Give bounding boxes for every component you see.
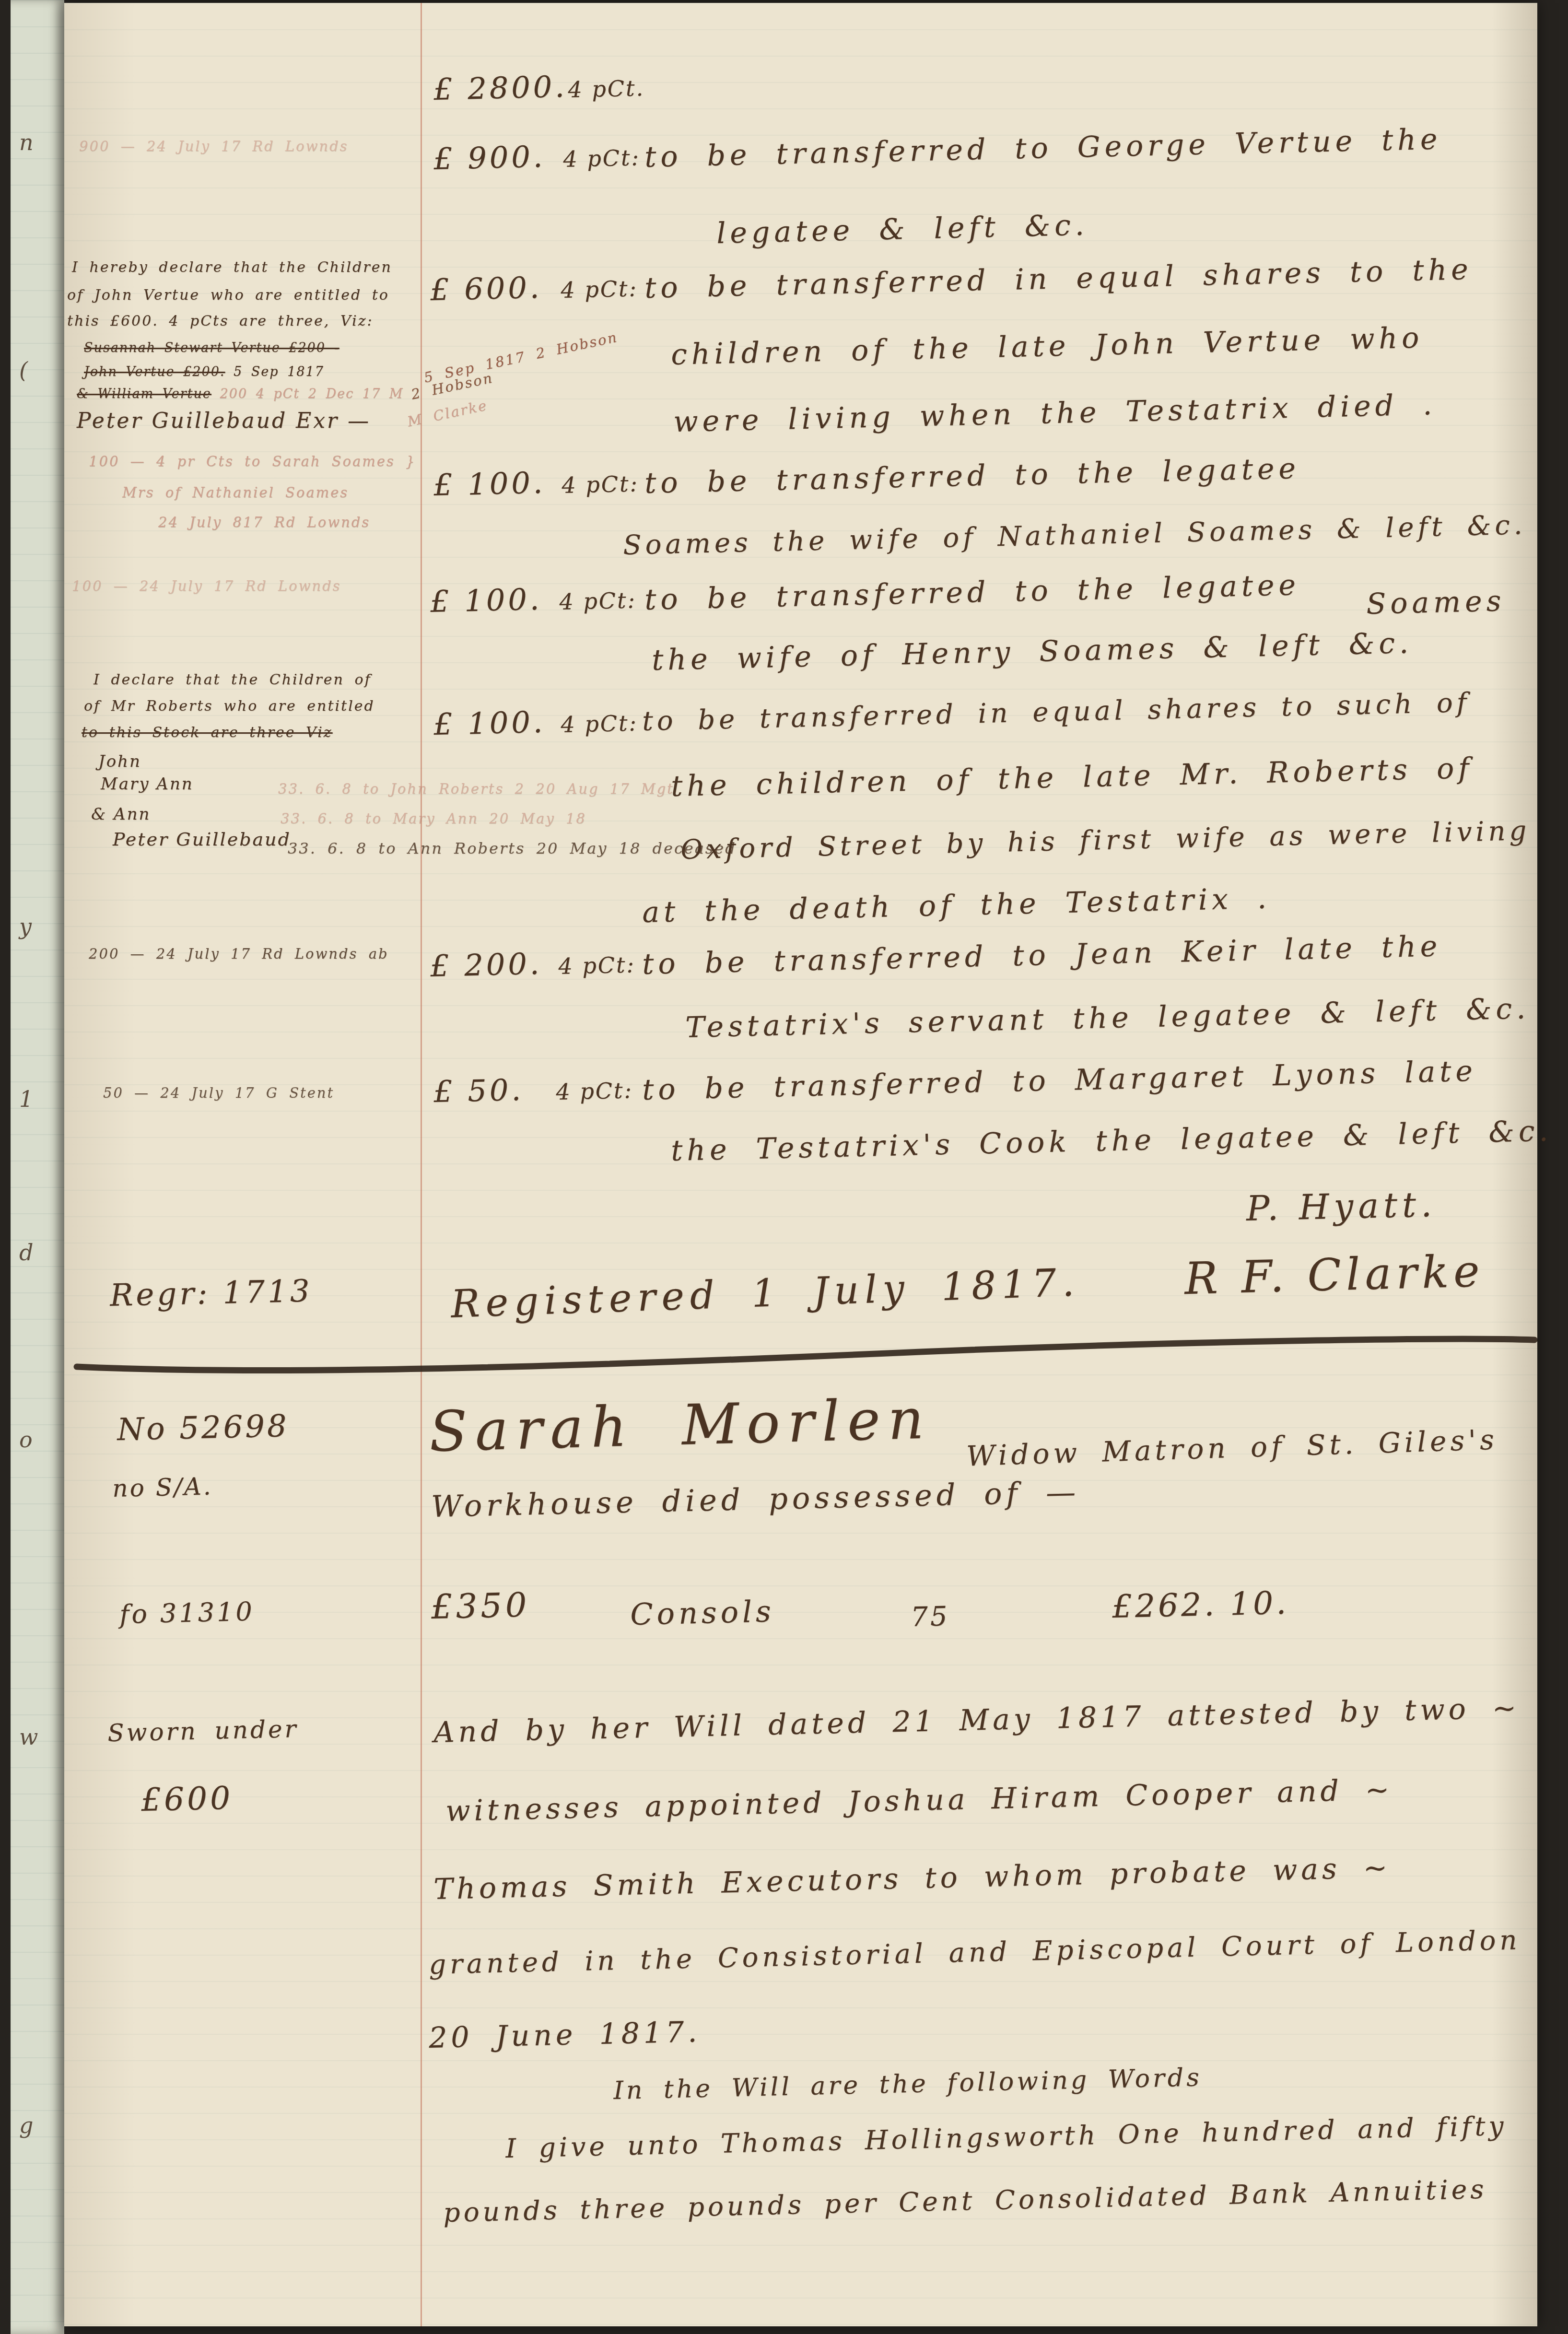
margin-note: John Vertue £200. 5 Sep 1817 [84,364,324,379]
registration-underline [72,1319,1544,1386]
receipt-note: 900 — 24 July 17 Rd Lownds [79,138,349,154]
margin-executor: Peter Guillebaud Exr — [77,409,371,433]
margin-child-name: Mary Ann [101,774,194,794]
margin-note: this £600. 4 pCts are three, Viz: [67,313,374,329]
edge-fragment: g [19,2112,33,2138]
margin-note-suffix: 5 Sep 1817 [225,364,324,379]
edge-fragment: o [19,1427,33,1453]
margin-red-amount: 33. 6. 8 to Ann Roberts 20 May 18 deceas… [288,839,737,857]
margin-note: of John Vertue who are entitled to [67,287,389,304]
edge-fragment: w [19,1724,38,1750]
entry-amount: £ 600. [430,270,542,307]
margin-child-name: & Ann [91,805,151,824]
entry-rate: 4 pCt: [561,275,638,303]
edge-fragment: 1 [19,1086,33,1112]
margin-rule [421,3,422,2326]
margin-executor: Peter Guillebaud [113,829,291,850]
margin-red-amount: 33. 6. 8 to Mary Ann 20 May 18 [281,810,586,827]
entry-amount: £ 900. [433,139,546,176]
edge-fragment: ( [19,357,28,383]
margin-red-note: 100 — 4 pr Cts to Sarah Soames } [89,453,416,469]
entry-amount: £ 100. [433,465,546,503]
margin-red-note: 24 July 817 Rd Lownds [158,514,370,530]
entry-rate: 4 pCt: [558,951,636,979]
struck-text: & William Vertue [77,387,211,401]
deceased-name: Sarah Morlen [428,1386,932,1464]
receipt-note: 200 — 24 July 17 Rd Lownds ab [89,946,389,962]
entry-rate: 4 pCt: [556,1077,633,1105]
registrar-signature: R F. Clarke [1184,1245,1485,1304]
entry-amount: £ 50. [433,1072,524,1109]
edge-fragment: d [19,1240,33,1266]
stock-amount: £350 [431,1585,530,1627]
scanned-register-page: { "document": { "kind": "Handwritten sto… [0,0,1568,2334]
receipt-note: 100 — 24 July 17 Rd Lownds [72,578,341,594]
entry-amount: £ 100. [433,704,546,742]
edge-fragment: n [19,129,34,155]
margin-note: & William Vertue 200 4 pCt 2 Dec 17 M [77,387,403,401]
entry-rate: 4 pCt: [559,587,637,615]
margin-child-name: John [98,752,141,771]
edge-fragment: y [19,914,32,939]
entry-text: Soames [1366,584,1506,621]
entry-rate: 4 pCt: [563,144,641,172]
will-text: 20 June 1817. [428,2015,701,2055]
record-no-sa: no S/A. [112,1472,213,1502]
record-number: No 52698 [117,1408,289,1448]
previous-page-edge: n ( y 1 d o w g [11,0,64,2334]
entry-rate: 4 pCt: [561,710,638,738]
margin-note: I hereby declare that the Children [72,259,392,276]
sworn-amount: £600 [140,1780,234,1818]
struck-text: John Vertue £200. [84,364,225,379]
sworn-label: Sworn under [107,1715,299,1747]
stock-price: 75 [911,1601,950,1633]
margin-red-amount: 33. 6. 8 to John Roberts 2 20 Aug 17 Mgt [278,781,674,797]
margin-note-red-suffix: 200 4 pCt 2 Dec 17 M [211,387,404,401]
margin-red-note: Mrs of Nathaniel Soames [122,484,349,501]
entry-amount: £ 100. [430,582,542,619]
margin-note-struck: to this Stock are three Viz [82,724,333,741]
margin-note-struck: Susannah Stewart Vertue £200 - [84,340,339,355]
margin-note: I declare that the Children of [94,671,372,688]
entry-rate: 4 pCt. [568,75,645,103]
entry-amount: £ 200. [430,946,542,984]
folio-ref: fo 31310 [119,1596,255,1630]
registration-number: Regr: 1713 [109,1273,313,1314]
entry-amount: £ 2800. [433,69,567,107]
margin-note: of Mr Roberts who are entitled [84,698,375,715]
signature-hyatt: P. Hyatt. [1246,1184,1437,1229]
stock-value: £262. 10. [1112,1584,1289,1625]
receipt-note: 50 — 24 July 17 G Stent [103,1085,334,1101]
entry-rate: 4 pCt: [562,470,639,498]
stock-name: Consols [630,1594,775,1632]
